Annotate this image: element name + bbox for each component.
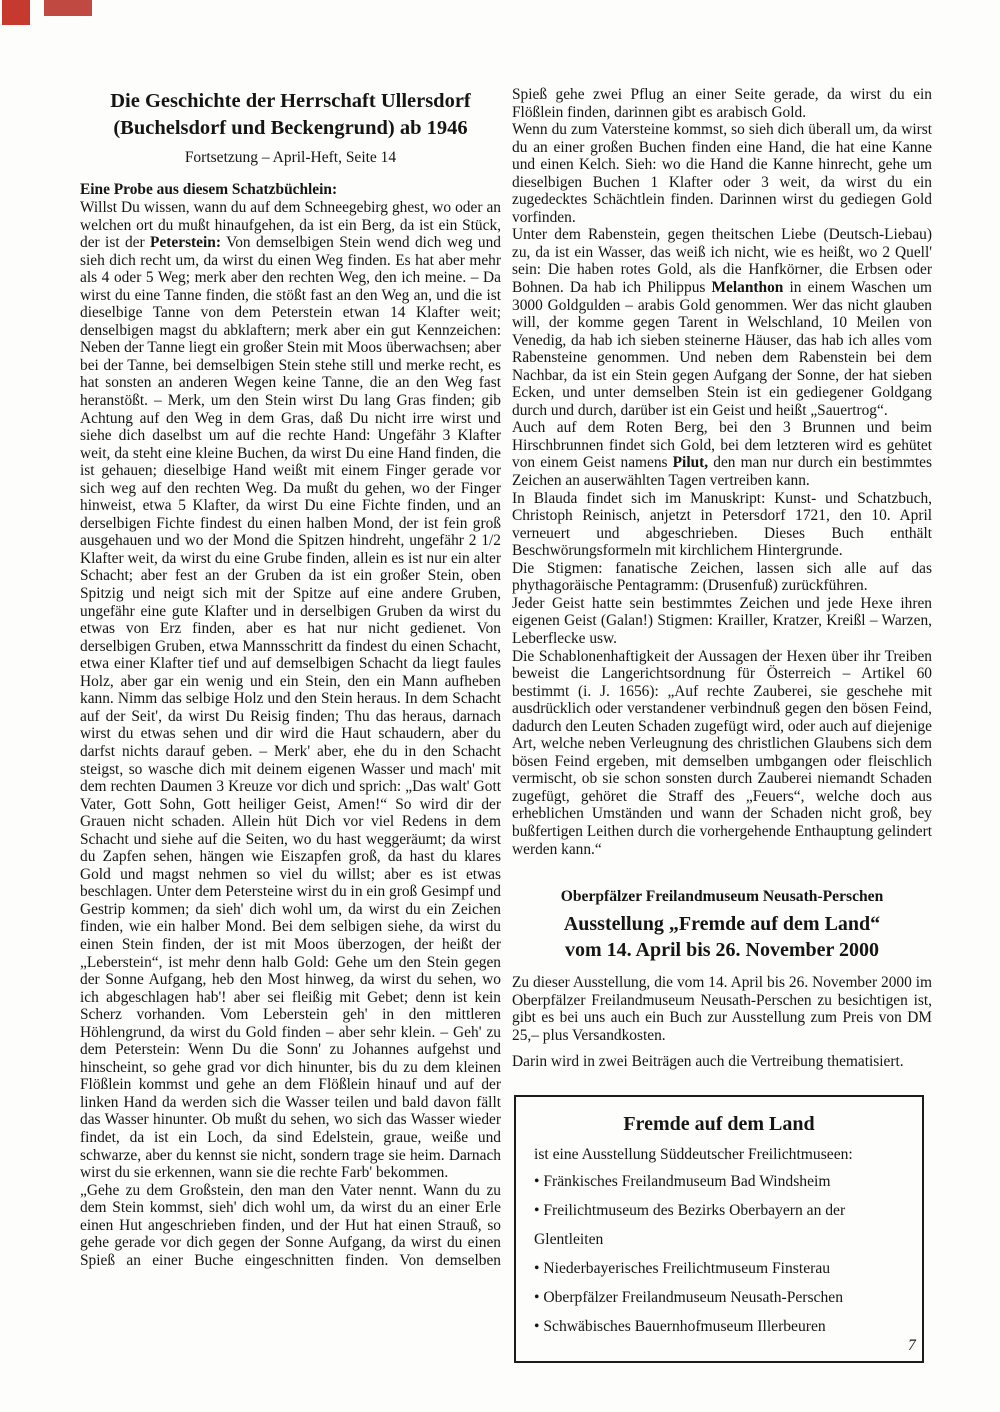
museum-section-kicker: Oberpfälzer Freilandmuseum Neusath-Persc… — [512, 888, 932, 906]
museum-list-item: Freilichtmuseum des Bezirks Oberbayern a… — [534, 1196, 904, 1254]
red-annotation-mark-1 — [2, 0, 30, 25]
text: Wenn du zum Vatersteine kommst, so sieh … — [512, 121, 932, 226]
right-column-text: Spieß gehe zwei Pflug an einer Seite ger… — [512, 86, 932, 858]
museum-list-item: Oberpfälzer Freilandmuseum Neusath-Persc… — [534, 1283, 904, 1312]
article-subtitle: Fortsetzung – April-Heft, Seite 14 — [80, 149, 501, 167]
paragraph: Willst Du wissen, wann du auf dem Schnee… — [80, 199, 501, 1182]
left-column: Die Geschichte der Herrschaft Ullersdorf… — [80, 86, 501, 1269]
bold-text: Peterstein: — [150, 234, 221, 251]
right-column: Spieß gehe zwei Pflug an einer Seite ger… — [512, 86, 932, 1363]
museum-list: Fränkisches Freilandmuseum Bad Windsheim… — [534, 1167, 904, 1341]
text: Die Schablonenhaftigkeit der Aussagen de… — [512, 648, 932, 858]
text: Jeder Geist hatte sein bestimmtes Zeiche… — [512, 595, 932, 647]
section-heading: Eine Probe aus diesem Schatzbüchlein: — [80, 181, 501, 199]
paragraph: Spieß gehe zwei Pflug an einer Seite ger… — [512, 86, 932, 121]
exhibition-title-line2: vom 14. April bis 26. November 2000 — [512, 937, 932, 963]
exhibition-info-box: Fremde auf dem Land ist eine Ausstellung… — [514, 1095, 924, 1363]
text: „Gehe zu dem Großstein, den man den Vate… — [80, 1182, 501, 1269]
bold-text: Melanthon — [712, 279, 784, 296]
text: in einem Waschen um 3000 Goldgulden – ar… — [512, 279, 932, 419]
article-title-line2: (Buchelsdorf und Beckengrund) ab 1946 — [80, 115, 501, 142]
text: Spieß gehe zwei Pflug an einer Seite ger… — [512, 86, 932, 121]
article-title-line1: Die Geschichte der Herrschaft Ullersdorf — [80, 88, 501, 115]
left-column-text: Willst Du wissen, wann du auf dem Schnee… — [80, 199, 501, 1269]
exhibition-note: Darin wird in zwei Beiträgen auch die Ve… — [512, 1053, 932, 1071]
info-box-intro: ist eine Ausstellung Süddeutscher Freili… — [534, 1146, 904, 1164]
exhibition-body-text: Zu dieser Ausstellung, die vom 14. April… — [512, 974, 932, 1044]
exhibition-title-line1: Ausstellung „Fremde auf dem Land“ — [512, 911, 932, 937]
paragraph: Auch auf dem Roten Berg, bei den 3 Brunn… — [512, 419, 932, 489]
paragraph: Unter dem Rabenstein, gegen theitschen L… — [512, 226, 932, 419]
exhibition-title: Ausstellung „Fremde auf dem Land“ vom 14… — [512, 911, 932, 963]
museum-list-item: Fränkisches Freilandmuseum Bad Windsheim — [534, 1167, 904, 1196]
article-title: Die Geschichte der Herrschaft Ullersdorf… — [80, 88, 501, 142]
page-number: 7 — [908, 1337, 916, 1355]
text: In Blauda findet sich im Manuskript: Kun… — [512, 490, 932, 560]
info-box-title: Fremde auf dem Land — [534, 1113, 904, 1136]
museum-list-item: Schwäbisches Bauernhofmuseum Illerbeuren — [534, 1312, 904, 1341]
scanned-document-page: Die Geschichte der Herrschaft Ullersdorf… — [0, 0, 1000, 1412]
museum-list-item: Niederbayerisches Freilichtmuseum Finste… — [534, 1254, 904, 1283]
text: Die Stigmen: fanatische Zeichen, lassen … — [512, 560, 932, 595]
paragraph: Die Schablonenhaftigkeit der Aussagen de… — [512, 648, 932, 859]
bold-text: Pilut, — [673, 454, 709, 471]
text: Von demselbigen Stein wend dich weg und … — [80, 234, 501, 1181]
paragraph: Jeder Geist hatte sein bestimmtes Zeiche… — [512, 595, 932, 648]
paragraph: Wenn du zum Vatersteine kommst, so sieh … — [512, 121, 932, 226]
paragraph: „Gehe zu dem Großstein, den man den Vate… — [80, 1182, 501, 1270]
paragraph: In Blauda findet sich im Manuskript: Kun… — [512, 490, 932, 560]
red-annotation-mark-2 — [44, 0, 92, 16]
paragraph: Die Stigmen: fanatische Zeichen, lassen … — [512, 560, 932, 595]
